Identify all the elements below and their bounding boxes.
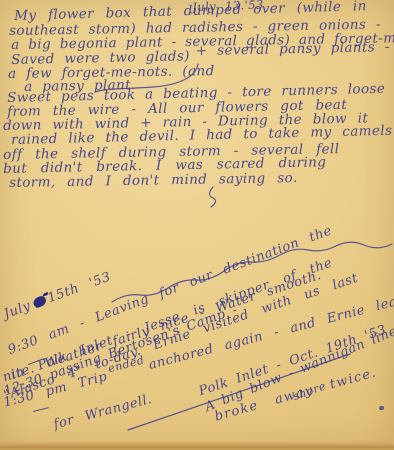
date-word: July: [2, 299, 33, 323]
ink-blot: [31, 295, 47, 309]
diary-line: storm, and I don't mind saying so.: [9, 171, 298, 191]
inserted-text: + several pansy plants -: [196, 40, 390, 59]
underline-mark-pm: [33, 407, 49, 412]
diary-page: July 13.'53 My flower box that dumped ov…: [0, 0, 394, 450]
diary-line: for Wrangell.: [52, 392, 154, 433]
ink-speck: [379, 406, 384, 410]
date-rest: 15th '53: [46, 269, 113, 306]
flourish: [210, 187, 216, 207]
